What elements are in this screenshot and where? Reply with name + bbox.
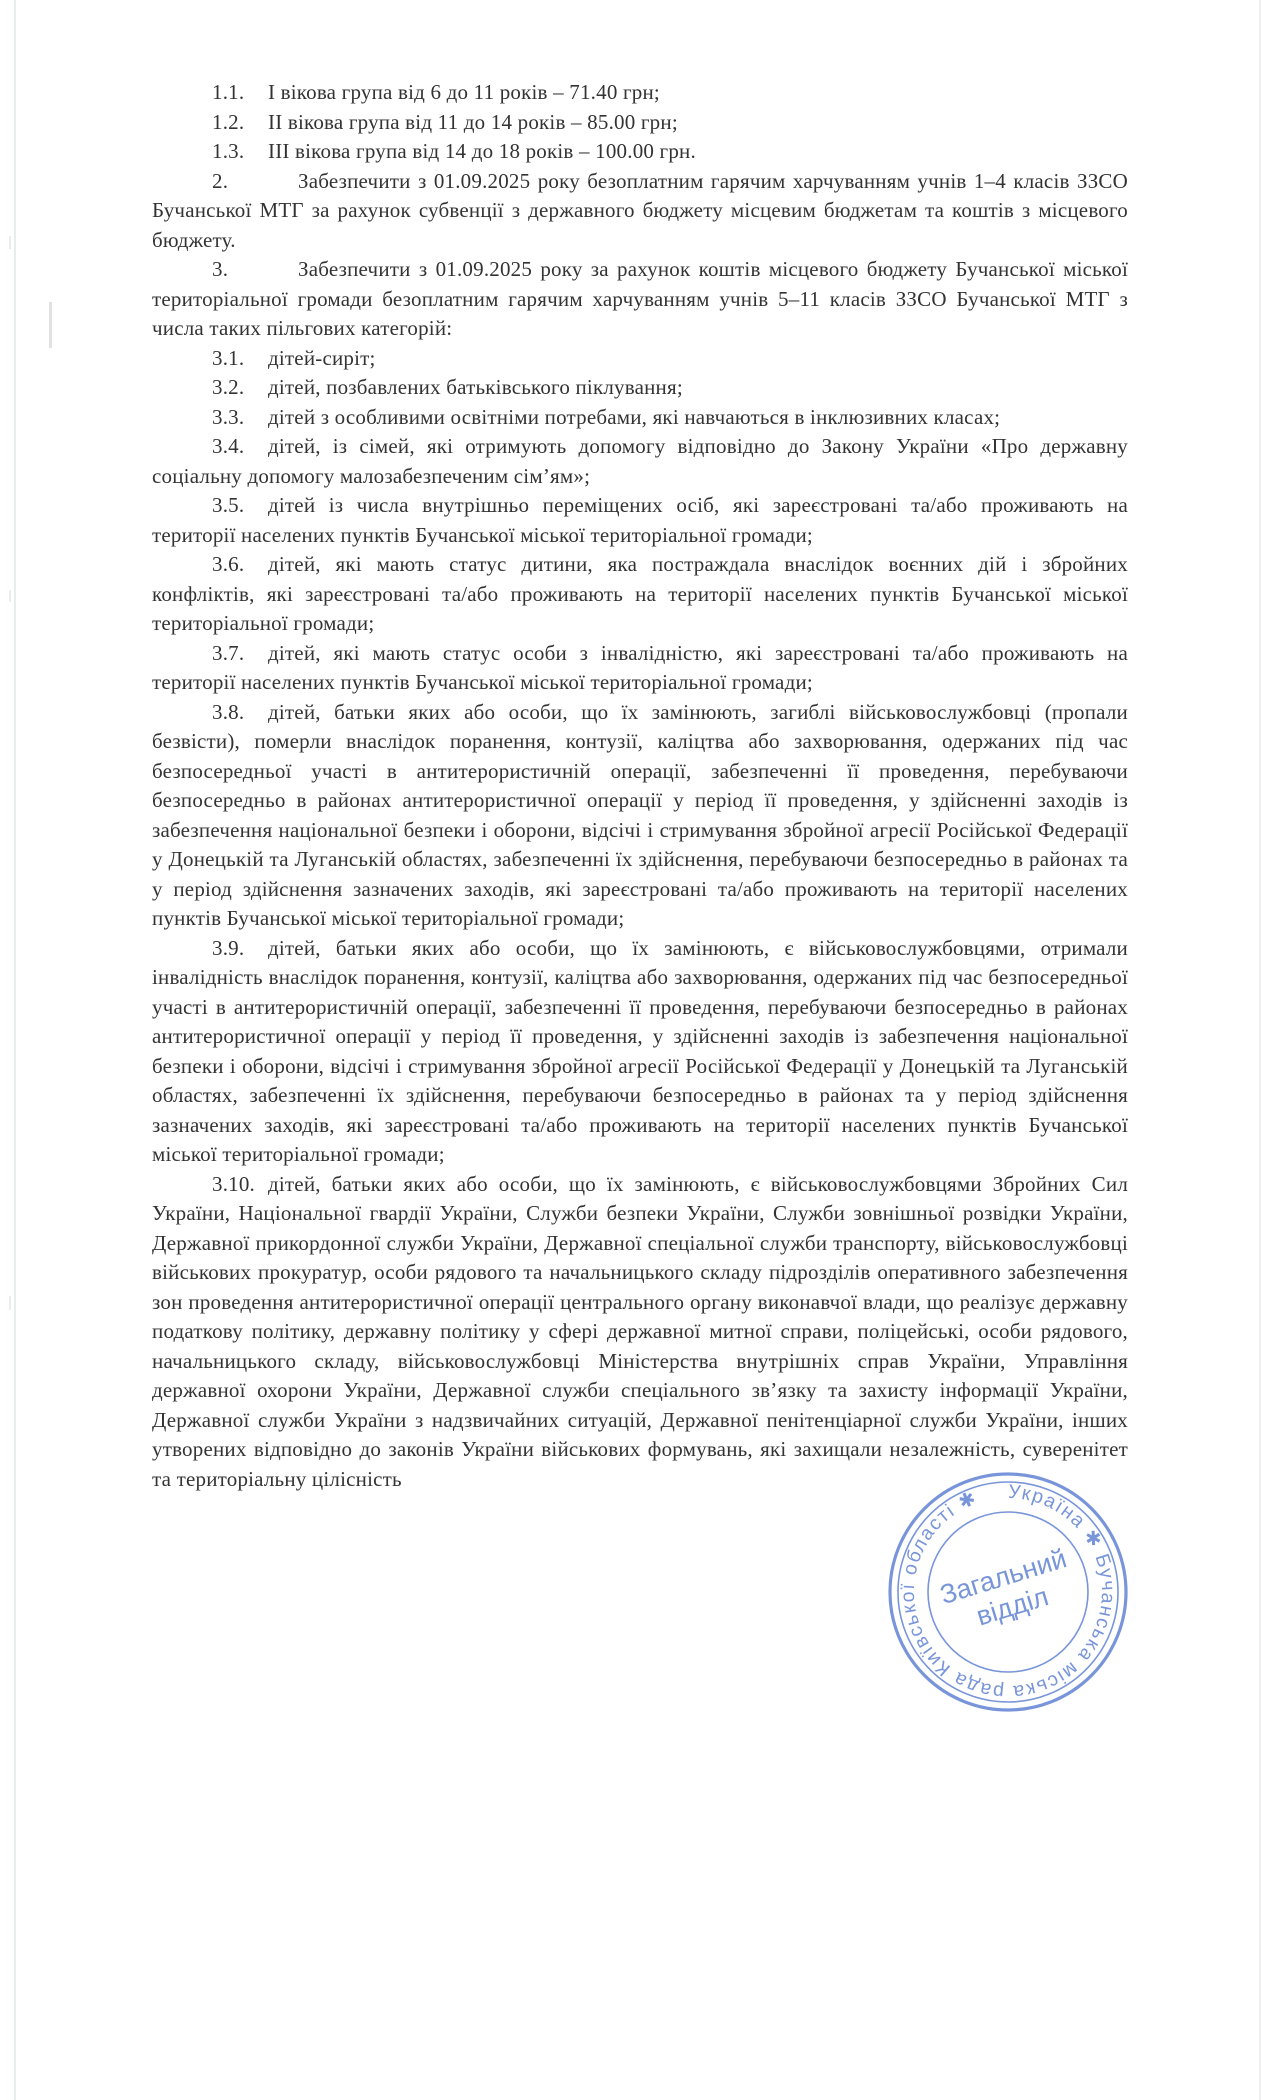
clause-text: Забезпечити з 01.09.2025 року за рахунок… bbox=[152, 257, 1128, 340]
clause-text: дітей, які мають статус особи з інвалідн… bbox=[152, 641, 1128, 695]
clause-number: 1.3. bbox=[212, 137, 268, 167]
scan-artifact bbox=[9, 590, 11, 602]
clause-number: 3.1. bbox=[212, 344, 268, 374]
clause-number: 3.7. bbox=[212, 639, 268, 669]
clause-number: 3.10. bbox=[212, 1170, 268, 1200]
clause-3-9: 3.9.дітей, батьки яких або особи, що їх … bbox=[152, 934, 1128, 1170]
clause-number: 1.2. bbox=[212, 108, 268, 138]
clause-3-4: 3.4.дітей, із сімей, які отримують допом… bbox=[152, 432, 1128, 491]
clause-3-1: 3.1.дітей-сиріт; bbox=[152, 344, 1128, 374]
clause-number: 3.3. bbox=[212, 403, 268, 433]
clause-text: дітей із числа внутрішньо переміщених ос… bbox=[152, 493, 1128, 547]
clause-text: ІІІ вікова група від 14 до 18 років – 10… bbox=[268, 139, 696, 163]
clause-number: 3.5. bbox=[212, 491, 268, 521]
clause-text: І вікова група від 6 до 11 років – 71.40… bbox=[268, 80, 660, 104]
clause-3-10: 3.10.дітей, батьки яких або особи, що їх… bbox=[152, 1170, 1128, 1495]
scan-edge-line-left bbox=[14, 0, 16, 2100]
clause-3-5: 3.5.дітей із числа внутрішньо переміщени… bbox=[152, 491, 1128, 550]
clause-1-2: 1.2.ІІ вікова група від 11 до 14 років –… bbox=[152, 108, 1128, 138]
clause-text: дітей, батьки яких або особи, що їх замі… bbox=[152, 700, 1128, 931]
clause-text: дітей, із сімей, які отримують допомогу … bbox=[152, 434, 1128, 488]
clause-text: дітей, позбавлених батьківського піклува… bbox=[268, 375, 683, 399]
clause-text: Забезпечити з 01.09.2025 року безоплатни… bbox=[152, 169, 1128, 252]
clause-number: 3.4. bbox=[212, 432, 268, 462]
clause-3-8: 3.8.дітей, батьки яких або особи, що їх … bbox=[152, 698, 1128, 934]
clause-3-2: 3.2.дітей, позбавлених батьківського пік… bbox=[152, 373, 1128, 403]
clause-number: 3.8. bbox=[212, 698, 268, 728]
clause-2: 2.Забезпечити з 01.09.2025 року безоплат… bbox=[152, 167, 1128, 256]
document-body: 1.1.І вікова група від 6 до 11 років – 7… bbox=[152, 78, 1128, 1494]
clause-3-6: 3.6.дітей, які мають статус дитини, яка … bbox=[152, 550, 1128, 639]
clause-text: дітей, які мають статус дитини, яка пост… bbox=[152, 552, 1128, 635]
scan-edge-line-right bbox=[1259, 0, 1261, 2100]
scan-artifact bbox=[9, 236, 11, 249]
clause-number: 1.1. bbox=[212, 78, 268, 108]
scan-artifact bbox=[9, 1296, 11, 1310]
clause-number: 2. bbox=[212, 167, 298, 197]
clause-number: 3.2. bbox=[212, 373, 268, 403]
clause-text: дітей, батьки яких або особи, що їх замі… bbox=[152, 1172, 1128, 1491]
clause-text: дітей з особливими освітніми потребами, … bbox=[268, 405, 1000, 429]
scanned-document-page: 1.1.І вікова група від 6 до 11 років – 7… bbox=[0, 0, 1275, 2100]
clause-number: 3.9. bbox=[212, 934, 268, 964]
round-official-stamp: Україна ✱ Бучанська міська рада Київсько… bbox=[882, 1466, 1134, 1718]
clause-number: 3. bbox=[212, 255, 298, 285]
clause-text: дітей-сиріт; bbox=[268, 346, 376, 370]
clause-3-3: 3.3.дітей з особливими освітніми потреба… bbox=[152, 403, 1128, 433]
clause-text: дітей, батьки яких або особи, що їх замі… bbox=[152, 936, 1128, 1167]
clause-1-3: 1.3.ІІІ вікова група від 14 до 18 років … bbox=[152, 137, 1128, 167]
clause-3: 3.Забезпечити з 01.09.2025 року за рахун… bbox=[152, 255, 1128, 344]
scan-artifact bbox=[49, 302, 52, 348]
clause-text: ІІ вікова група від 11 до 14 років – 85.… bbox=[268, 110, 678, 134]
clause-number: 3.6. bbox=[212, 550, 268, 580]
clause-3-7: 3.7.дітей, які мають статус особи з інва… bbox=[152, 639, 1128, 698]
stamp-center-text: Загальний відділ bbox=[937, 1543, 1080, 1639]
clause-1-1: 1.1.І вікова група від 6 до 11 років – 7… bbox=[152, 78, 1128, 108]
